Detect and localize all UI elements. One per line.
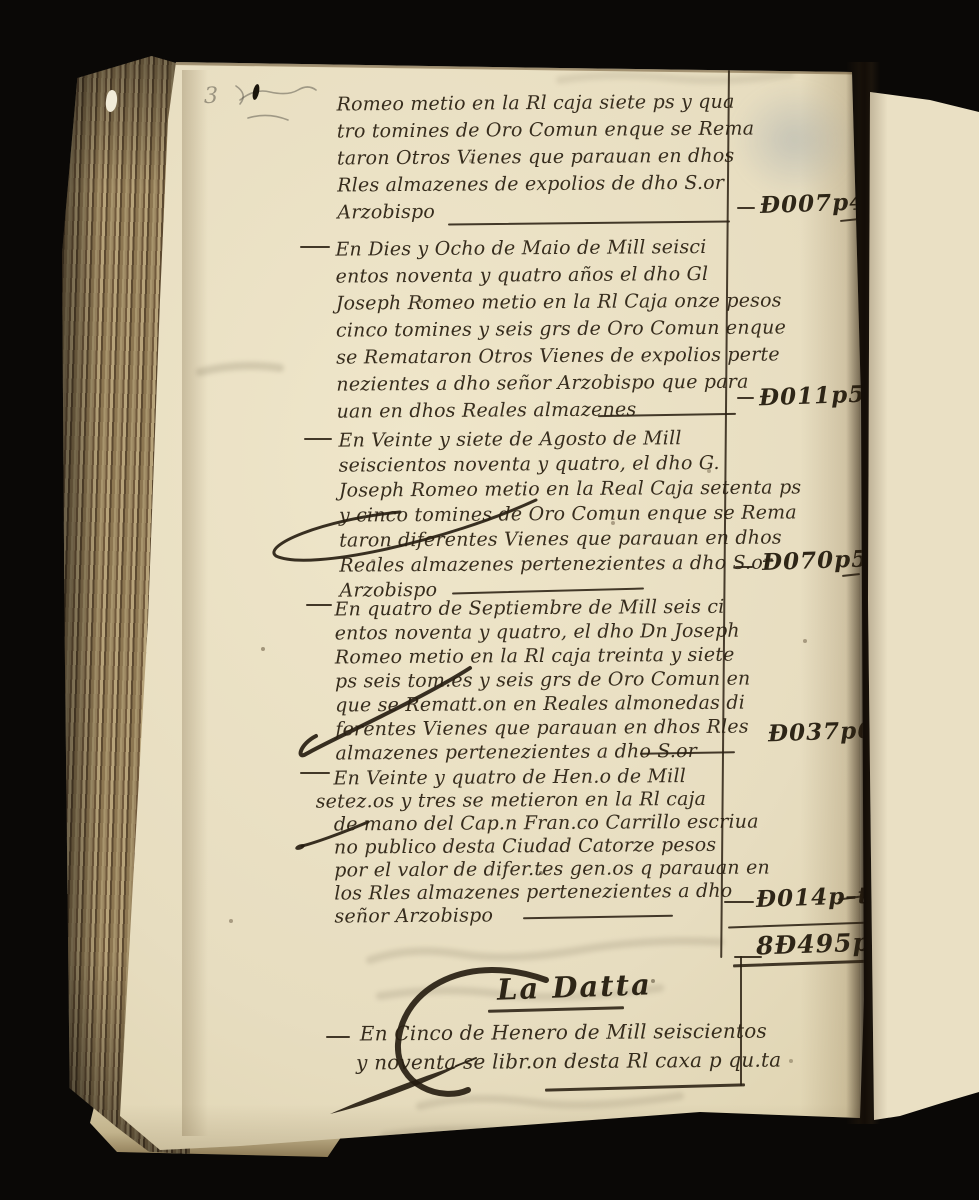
closing-entry-corner-tick [734, 956, 762, 958]
speck-layer [0, 0, 2, 2]
ledger-line: Joseph Romeo metio en la Rl Caja onze pe… [336, 289, 786, 319]
entry-marker-dash [326, 1036, 350, 1038]
ledger-line: ferentes Vienes que parauan en dhos Rles [335, 716, 751, 743]
ledger-line: y cinco tomines de Oro Comun enque se Re… [339, 501, 802, 529]
ledger-line: Reales almazenes pertenezientes a dho S.… [339, 551, 802, 579]
ledger-line: seiscientos noventa y quatro, el dho G. [339, 451, 802, 479]
ledger-line: y noventa se libr.on desta Rl caxa p qu.… [356, 1048, 781, 1080]
ledger-line: En Veinte y siete de Agosto de Mill [338, 426, 801, 454]
ledger-line: señor Arzobispo [334, 902, 770, 928]
ledger-line: tro tomines de Oro Comun enque se Rema [337, 118, 755, 148]
ledger-line: taron Otros Vienes que parauan en dhos [337, 145, 755, 175]
ledger-line: no publico desta Ciudad Catorze pesos [334, 833, 770, 859]
ledger-line: Joseph Romeo metio en la Real Caja seten… [339, 476, 802, 504]
ledger-line: que se Rematt.on en Reales almonedas di [335, 692, 751, 719]
ledger-line: Rles almazenes de expolios de dho S.or [337, 172, 755, 202]
ledger-line: Romeo metio en la Rl caja siete ps y qua [337, 91, 755, 121]
ledger-line: En Cinco de Henero de Mill seiscientos [360, 1019, 781, 1051]
ledger-line: En Veinte y quatro de Hen.o de Mill [333, 764, 769, 790]
ledger-line: Romeo metio en la Rl caja treinta y siet… [335, 644, 751, 671]
ledger-line: taron diferentes Vienes que parauan en d… [339, 526, 802, 554]
amount-dash [724, 901, 754, 903]
entry-marker-dash [300, 772, 330, 774]
ledger-line: por el valor de difer.tes gen.os q parau… [334, 856, 770, 882]
ledger-entry: Romeo metio en la Rl caja siete ps y qua… [337, 91, 755, 229]
ledger-line: En Dies y Ocho de Maio de Mill seisci [335, 235, 785, 265]
ledger-line: nezientes a dho señor Arzobispo que para [336, 370, 786, 400]
pencil-folio-note: 3 [204, 84, 218, 109]
amount-dash [737, 207, 755, 209]
ledger-entry: En Veinte y siete de Agosto de Mill seis… [338, 426, 802, 604]
ledger-line: los Rles almazenes pertenezientes a dho [334, 879, 770, 905]
ledger-line: de mano del Cap.n Fran.co Carrillo escri… [334, 810, 770, 836]
ledger-line: ps seis tom.es y seis grs de Oro Comun e… [335, 668, 751, 695]
amount-dash [735, 566, 753, 568]
ledger-line: setez.os y tres se metieron en la Rl caj… [316, 787, 770, 813]
closing-entry-right-rule [740, 956, 742, 1086]
ledger-line: entos noventa y quatro años el dho Gl [336, 262, 786, 292]
ledger-entry: En Veinte y quatro de Hen.o de Mill sete… [333, 764, 770, 928]
ledger-entry: En Dies y Ocho de Maio de Mill seisci en… [335, 235, 786, 427]
section-heading: La Datta [496, 967, 652, 1006]
entry-marker-dash [306, 604, 332, 606]
amount-dash [737, 397, 754, 399]
entry-marker-dash [304, 438, 332, 440]
ledger-line: En quatro de Septiembre de Mill seis ci [334, 596, 750, 623]
ledger-line: entos noventa y quatro, el dho Dn Joseph [335, 620, 751, 647]
ledger-line: se Remataron Otros Vienes de expolios pe… [336, 343, 786, 373]
ledger-entry: En quatro de Septiembre de Mill seis ci … [334, 596, 751, 767]
ledger-line: cinco tomines y seis grs de Oro Comun en… [336, 316, 786, 346]
facing-page-edge: C 0·4p4t3 Ɖ49Sp14 [862, 0, 979, 1200]
ledger-entry: En Cinco de Henero de Mill seiscientos y… [360, 1019, 782, 1080]
entry-marker-dash [300, 246, 330, 248]
